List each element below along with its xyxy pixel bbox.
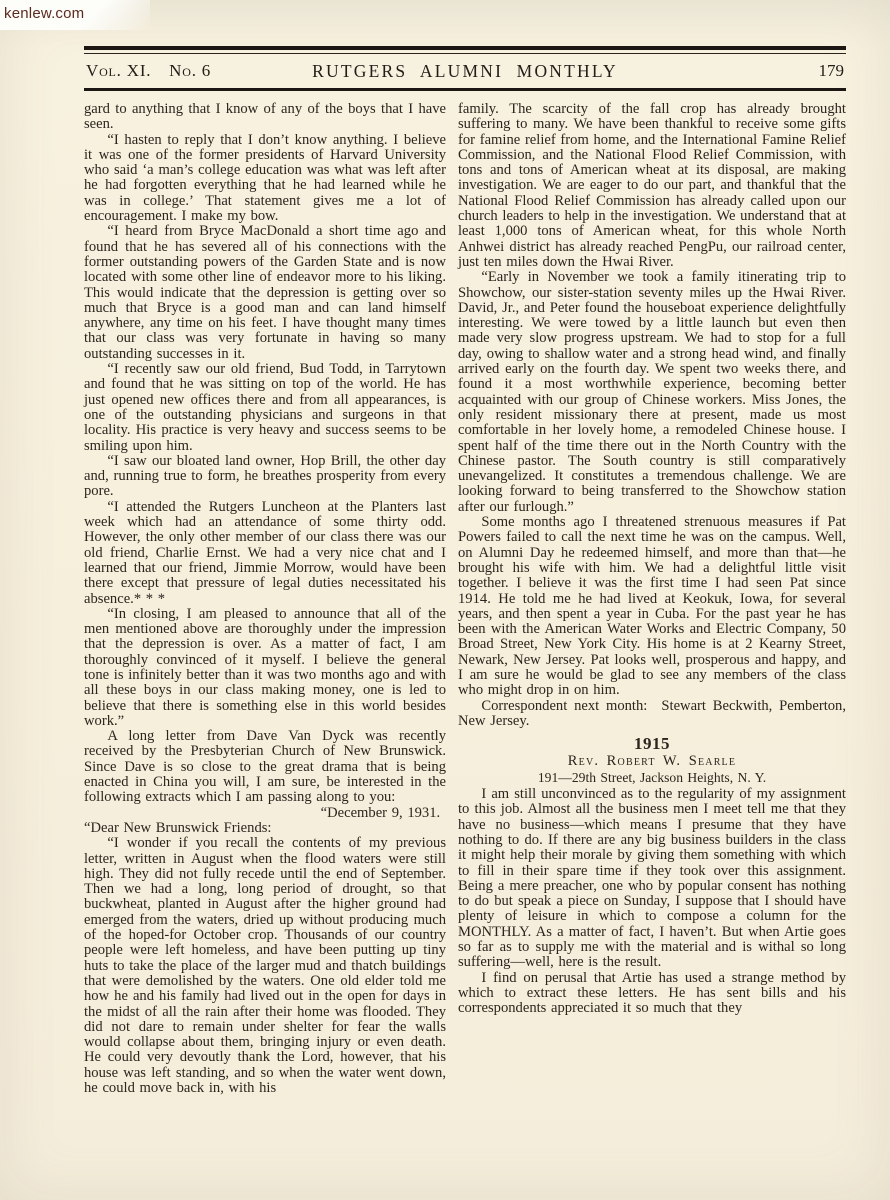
masthead-bottom-rule [84,88,846,91]
text-columns: gard to anything that I know of any of t… [84,102,846,1096]
paragraph: Some months ago I threatened strenuous m… [458,515,846,699]
right-column: family. The scarcity of the fall crop ha… [458,102,846,1096]
paragraph: “I saw our bloated land owner, Hop Brill… [84,454,446,500]
masthead-row: Vol. XI. No. 6 RUTGERS ALUMNI MONTHLY 17… [84,54,846,83]
left-column: gard to anything that I know of any of t… [84,102,446,1096]
paragraph: gard to anything that I know of any of t… [84,102,446,133]
section-heading: 1915 [458,736,846,751]
paragraph: family. The scarcity of the fall crop ha… [458,102,846,270]
paragraph: “Dear New Brunswick Friends: [84,821,446,836]
paragraph: I find on perusal that Artie has used a … [458,971,846,1017]
paragraph: “I attended the Rutgers Luncheon at the … [84,500,446,607]
paragraph: “I recently saw our old friend, Bud Todd… [84,362,446,454]
publication-title: RUTGERS ALUMNI MONTHLY [84,61,846,82]
masthead-top-rule-thick [84,46,846,50]
paragraph: 191—29th Street, Jackson Heights, N. Y. [458,770,846,785]
paragraph: I am still unconvinced as to the regular… [458,787,846,971]
paragraph: “I heard from Bryce MacDonald a short ti… [84,224,446,362]
paragraph: “I wonder if you recall the contents of … [84,836,446,1096]
paragraph: “December 9, 1931. [84,806,446,821]
paragraph: Correspondent next month: Stewart Beckwi… [458,699,846,730]
paragraph: “In closing, I am pleased to announce th… [84,607,446,729]
masthead: Vol. XI. No. 6 RUTGERS ALUMNI MONTHLY 17… [84,46,846,91]
paragraph: “Early in November we took a family itin… [458,270,846,515]
paragraph: Rev. Robert W. Searle [458,754,846,769]
scanned-magazine-page: kenlew.com Vol. XI. No. 6 RUTGERS ALUMNI… [0,0,890,1200]
paragraph: “I hasten to reply that I don’t know any… [84,133,446,225]
paragraph: A long letter from Dave Van Dyck was rec… [84,729,446,805]
watermark: kenlew.com [4,5,84,22]
